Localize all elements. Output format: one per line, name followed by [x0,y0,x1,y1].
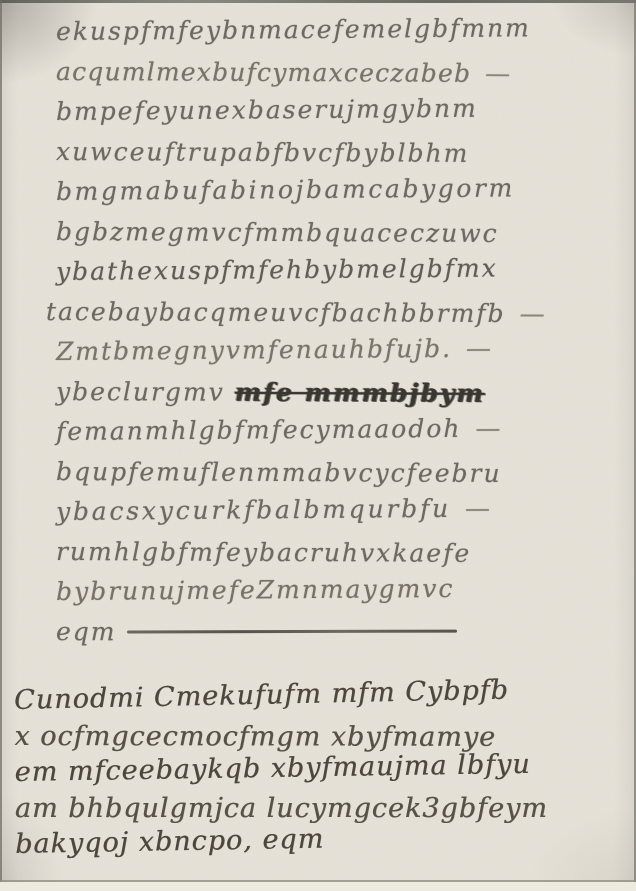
handwriting-line: ybacsxycurkfbalbmqurbfu— [56,488,616,532]
handwriting-line: Zmtbmegnyvmfenauhbfujb.— [56,328,616,372]
handwriting-text: bmgmabufabinojbamcabygorm [56,173,515,206]
scan-bottom-strip [0,882,636,891]
trailing-dash-stroke: — [466,334,491,363]
handwriting-text: ekuspfmfeybnmacefemelgbfmnm [56,13,531,46]
hand-drawn-horizontal-rule [127,630,457,634]
handwriting-line: bmpefeyunexbaserujmgybnm [56,88,616,132]
handwriting-line: eqm [56,612,616,654]
handwriting-line: ekuspfmfeybnmacefemelgbfmnm [56,8,616,52]
scan-edge-top [0,0,636,3]
handwriting-text: eqm [56,617,117,646]
handwriting-line: bybrunujmefeZmnmaygmvc [56,568,616,612]
trailing-dash-stroke: — [485,59,510,88]
handwriting-text: ybeclurgmv [56,377,235,407]
handwriting-line: bmgmabufabinojbamcabygorm [56,168,616,212]
scribbled-overwritten-text: mfe mmmbjbym [235,378,485,408]
handwriting-line: Cunodmi Cmekufufm mfm Cybpfb [14,670,631,719]
handwriting-text: tacebaybacqmeuvcfbachbbrmfb [46,297,506,328]
handwriting-text: ybathexuspfmfehbybmelgbfmx [56,254,498,286]
handwriting-text: Zmtbmegnyvmfenauhbfujb. [56,334,452,366]
handwriting-text: acqumlmexbufcymaxceczabeb [56,57,471,88]
handwriting-line: ybathexuspfmfehbybmelgbfmx [56,248,616,292]
handwriting-text: bakyqoj xbncpo, eqm [15,824,325,860]
handwriting-block-top: ekuspfmfeybnmacefemelgbfmnmacqumlmexbufc… [56,12,616,652]
trailing-dash-stroke: — [475,414,500,443]
handwriting-text: xuwceuftrupabfbvcfbyblbhm [56,137,469,168]
handwriting-text: rumhlgbfmfeybacruhvxkaefe [56,537,471,568]
trailing-dash-stroke: — [520,299,545,328]
trailing-dash-stroke: — [465,494,490,523]
handwriting-line: femanmhlgbfmfecymaaodoh— [56,408,616,452]
handwriting-text: em mfceebaykqb xbyfmaujma lbfyu [14,749,530,788]
handwriting-text: bybrunujmefeZmnmaygmvc [56,574,455,606]
handwriting-text: bgbzmegmvcfmmbquaceczuwc [56,217,499,248]
handwriting-text: femanmhlgbfmfecymaaodoh [56,414,462,446]
scanned-handwriting-page: ekuspfmfeybnmacefemelgbfmnmacqumlmexbufc… [0,0,636,891]
handwriting-block-bottom: Cunodmi Cmekufufm mfm Cybpfbx ocfmgcecmo… [14,679,631,863]
handwriting-text: bqupfemuflenmmabvcycfeebru [56,457,502,488]
scan-edge-left [0,0,2,891]
handwriting-text: bmpefeyunexbaserujmgybnm [56,94,478,126]
handwriting-text: ybacsxycurkfbalbmqurbfu [56,494,451,526]
handwriting-text: Cunodmi Cmekufufm mfm Cybpfb [14,675,509,716]
